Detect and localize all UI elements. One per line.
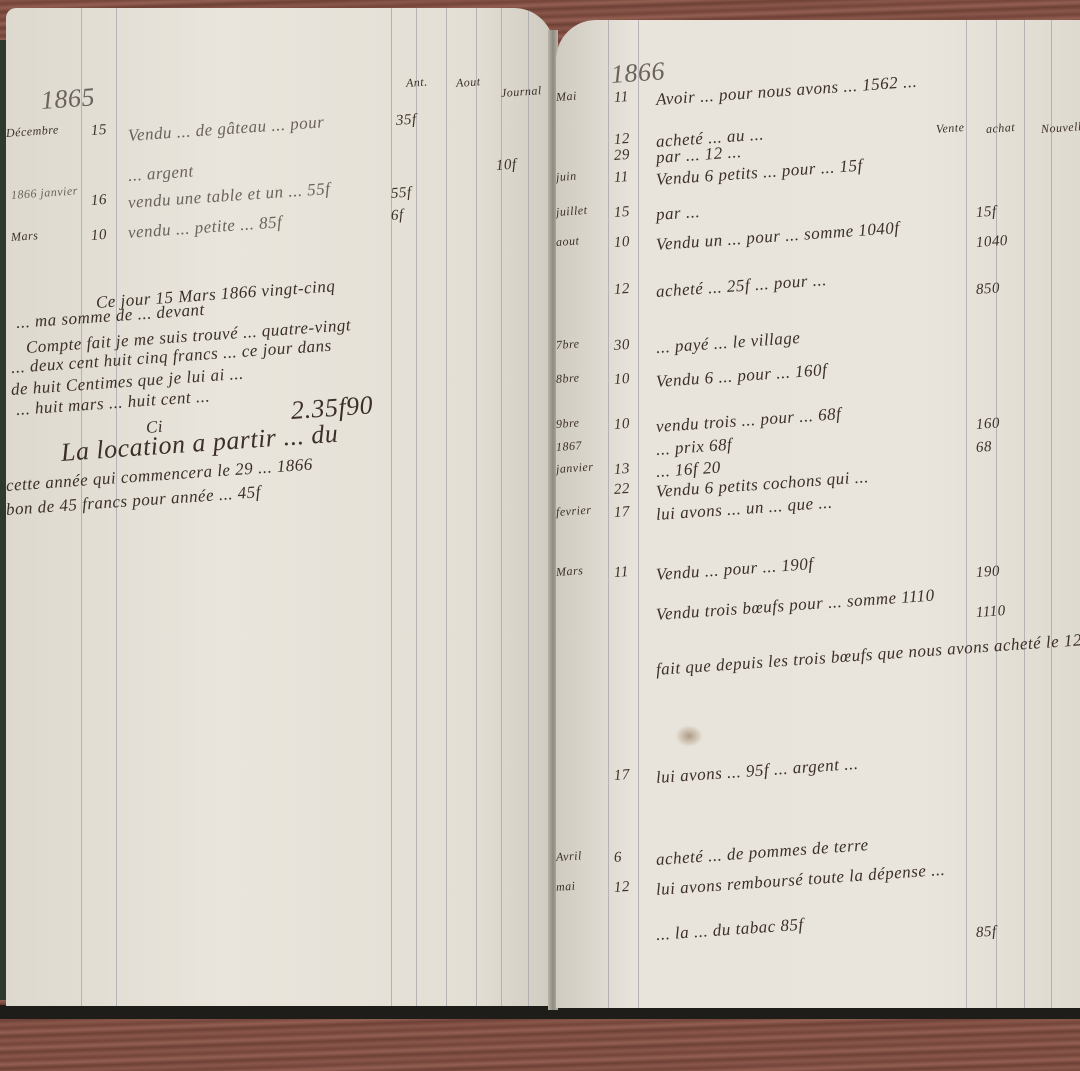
entry-text: ... payé ... le village [655,328,801,358]
entry-month: 7bre [556,336,580,353]
entry-month: Mai [556,89,577,105]
entry-day: 22 [613,481,630,499]
right-ledger-page: 1866 Vente achat Nouvelle Mai11Avoir ...… [556,20,1080,1008]
entry-text: ... prix 68f [655,435,733,460]
entry-month: 1866 janvier [10,183,78,203]
entry-amount: 850 [975,280,1000,299]
entry-day: 12 [613,281,630,299]
entry-day: 17 [613,767,630,785]
entry-text: ... la ... du tabac 85f [655,915,804,945]
year-heading: 1865 [40,82,96,116]
entry-text: Avoir ... pour nous avons ... 1562 ... [655,72,917,110]
entry-day: 15 [90,122,107,140]
entry-amount: 1040 [975,233,1008,252]
entry-amount: 55f [390,185,412,203]
entry-text: fait que depuis les trois bœufs que nous… [655,612,1080,680]
column-header: Aout [455,74,481,91]
entry-month: Mars [556,563,584,580]
entry-text: lui avons ... 95f ... argent ... [655,754,859,788]
entry-month: janvier [556,459,594,477]
entry-month: 8bre [556,370,580,387]
entry-text: Vendu trois bœufs pour ... somme 1110 [655,586,935,625]
entry-day: 16 [90,192,107,210]
entry-day: 6 [613,849,622,867]
entry-month: Décembre [6,122,59,141]
entry-month: mai [556,879,576,895]
entry-day: 13 [613,461,630,479]
entry-day: 29 [613,147,630,165]
entry-amount: 10f [495,157,517,175]
entry-month: Avril [556,848,582,865]
entry-day: 30 [613,337,630,355]
entry-amount: 68 [975,439,992,457]
entry-month: 1867 [556,438,582,455]
column-header: Journal [500,83,542,101]
column-header: Ant. [405,75,428,91]
left-ledger-page: 1865 Ant. Aout Journal Décembre 15 Vendu… [6,8,554,1006]
entry-day: 12 [613,879,630,897]
entry-day: 17 [613,504,630,522]
entry-day: 10 [613,371,630,389]
entry-day: 10 [90,227,107,245]
entry-text: vendu une table et un ... 55f [127,179,331,213]
entry-amount: 35f [395,112,417,130]
year-heading: 1866 [610,56,666,90]
entry-amount: 15f [975,204,997,222]
entry-month: 9bre [556,415,580,432]
entry-day: 11 [613,89,629,107]
entry-text: Vendu ... pour ... 190f [655,554,814,585]
column-header: Nouvelle [1040,119,1080,137]
entry-day: 10 [613,234,630,252]
entry-text: Vendu ... de gâteau ... pour [127,112,325,146]
entry-amount: 160 [975,415,1000,434]
ink-stain [675,725,703,747]
column-header: Vente [935,120,964,137]
entry-text: acheté ... 25f ... pour ... [655,270,827,302]
entry-text: vendu trois ... pour ... 68f [655,404,842,437]
entry-amount: 1110 [975,603,1006,622]
entry-text: Vendu un ... pour ... somme 1040f [655,218,900,255]
entry-day: 15 [613,204,630,222]
entry-text: vendu ... petite ... 85f [127,212,283,243]
entry-text: Vendu 6 ... pour ... 160f [655,360,828,392]
entry-month: aout [556,233,580,250]
entry-day: 11 [613,564,629,582]
entry-month: juin [556,169,577,185]
entry-day: 10 [613,416,630,434]
entry-text: acheté ... de pommes de terre [655,835,869,870]
entry-day: 11 [613,169,629,187]
entry-amount: 85f [975,924,997,942]
entry-amount: 6f [390,207,404,225]
entry-month: fevrier [556,503,592,520]
entry-month: Mars [10,228,38,245]
entry-text: ... argent [127,161,194,186]
column-header: achat [985,120,1015,137]
entry-text: par ... [655,202,700,225]
entry-month: juillet [556,203,588,220]
entry-amount: 190 [975,563,1000,582]
